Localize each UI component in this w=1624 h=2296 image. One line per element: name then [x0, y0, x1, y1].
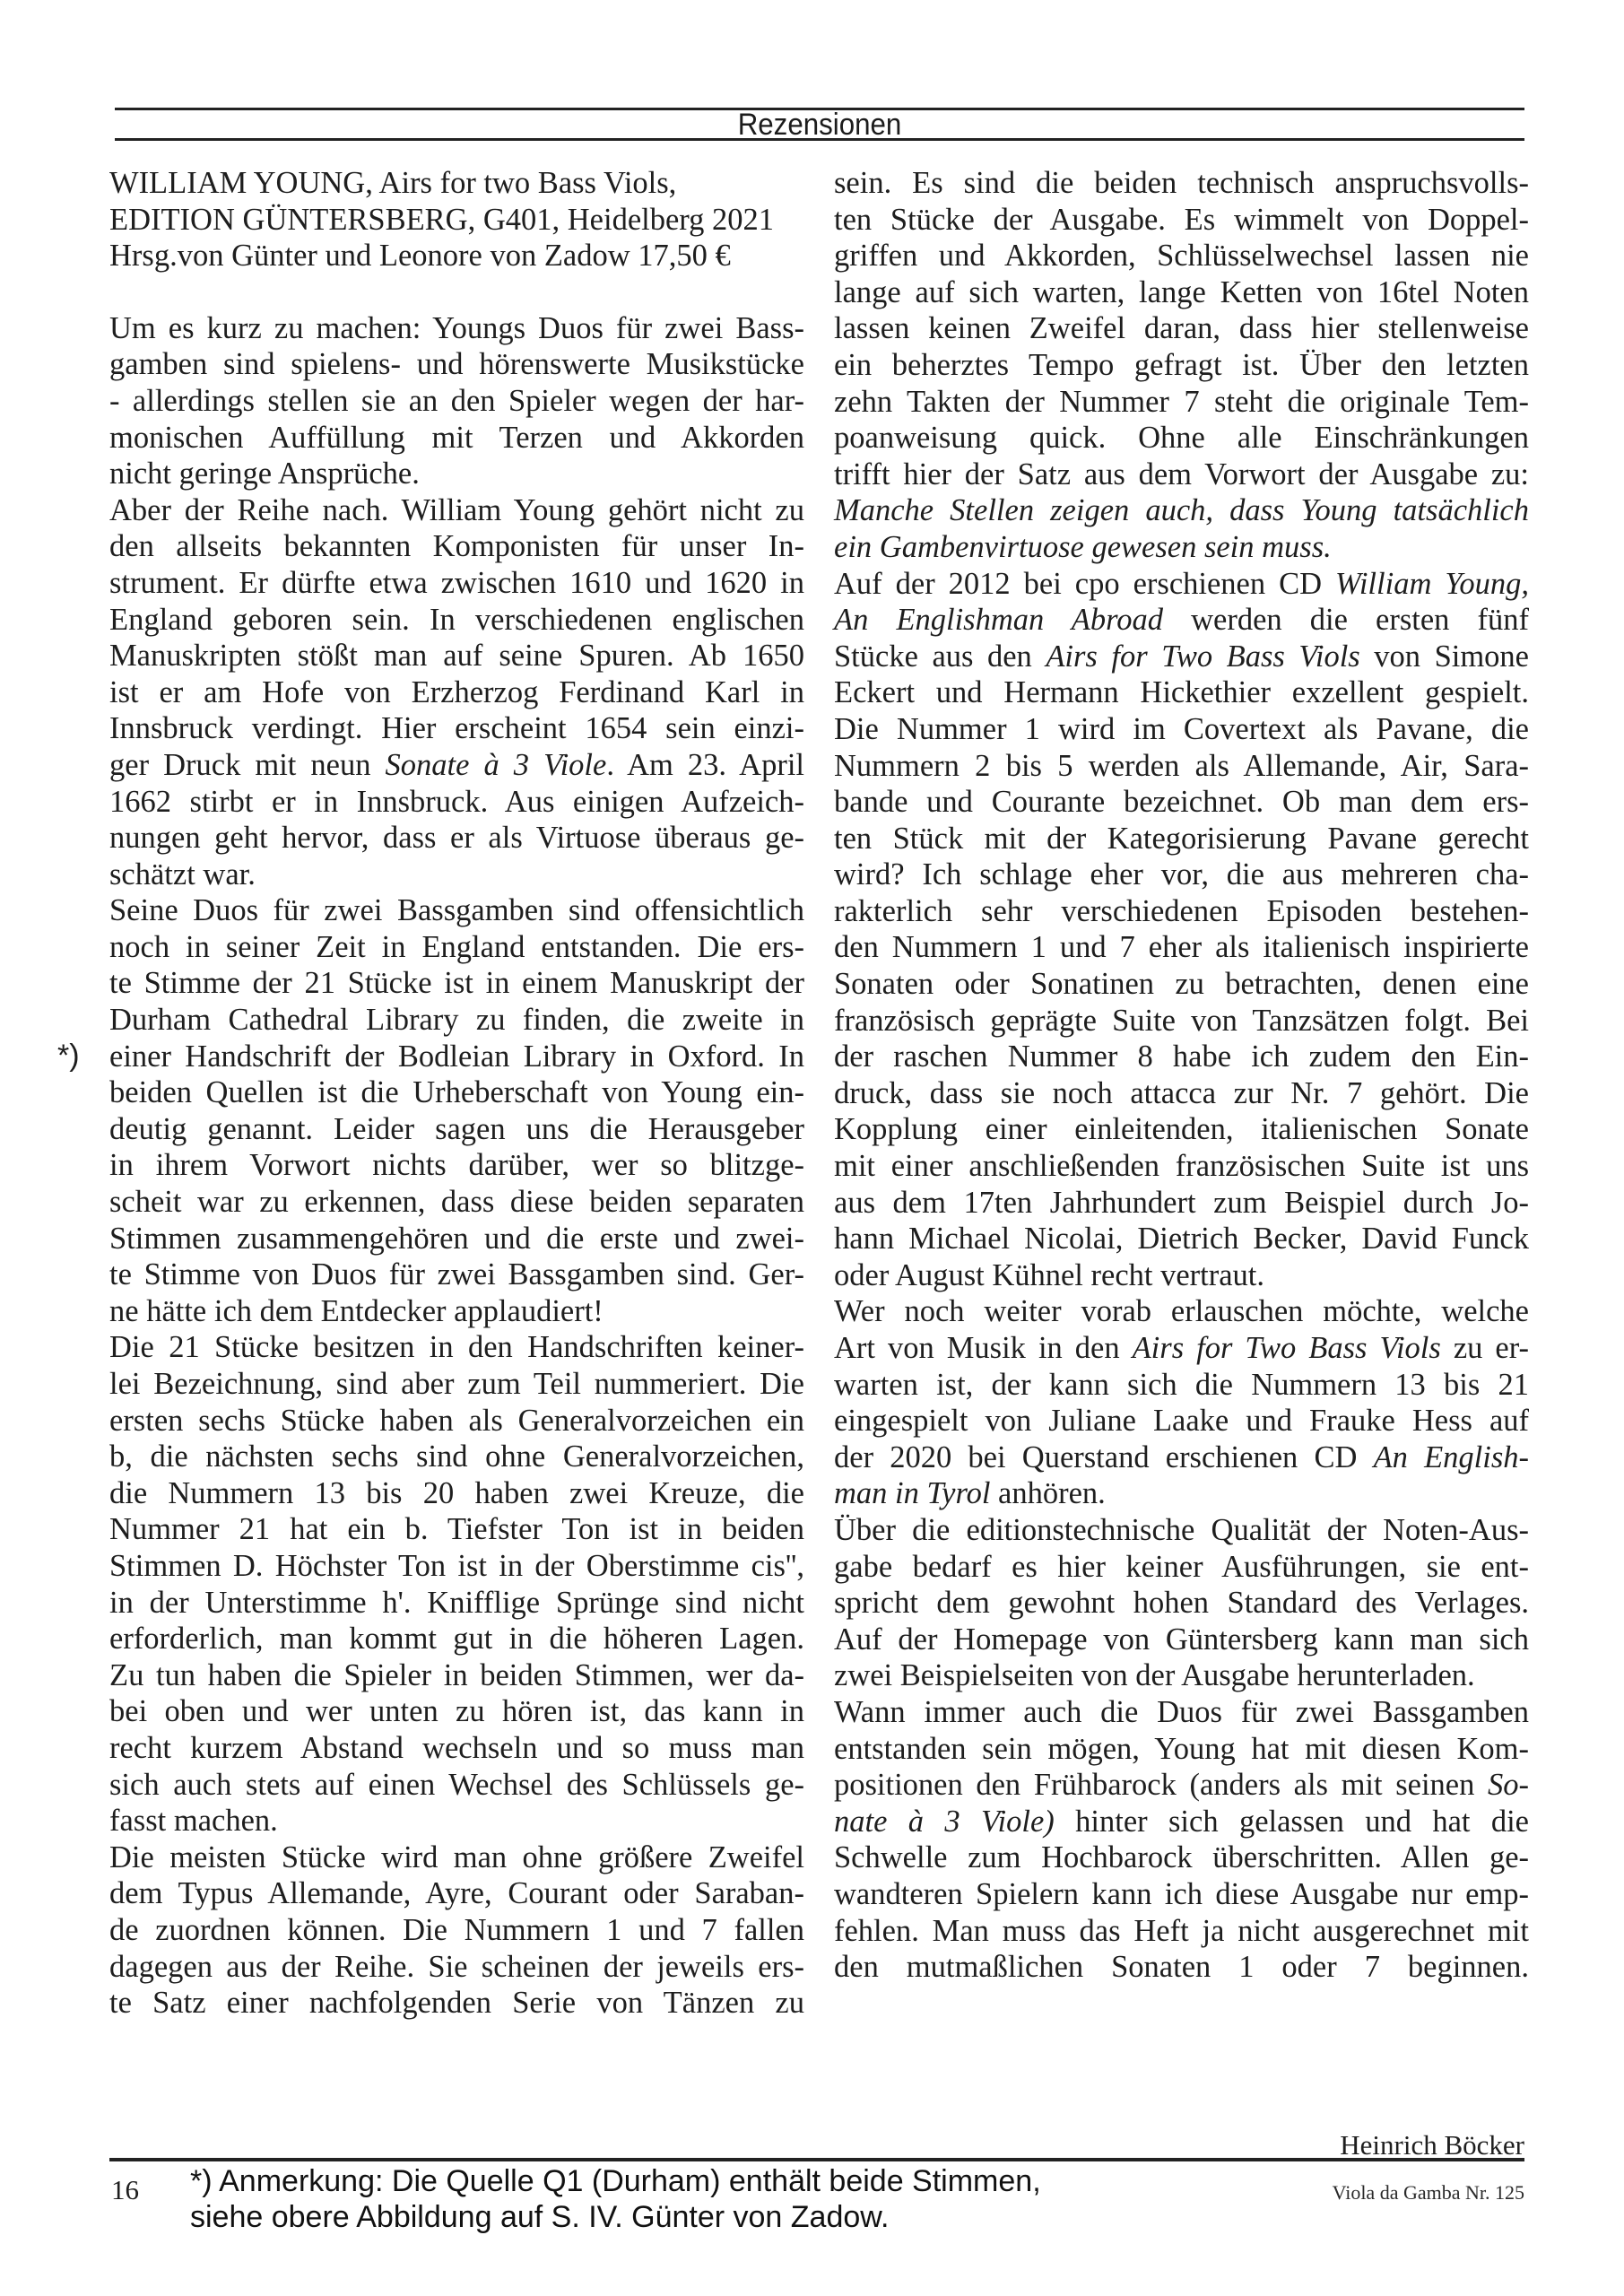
footnote-line: siehe obere Abbildung auf S. IV. Günter … [190, 2199, 1041, 2235]
text-line: den mutmaßlichen Sonaten 1 oder 7 beginn… [834, 1949, 1529, 1986]
text-line: nate à 3 Viole) hinter sich gelassen und… [834, 1804, 1529, 1840]
text-line: aus dem 17ten Jahrhundert zum Beispiel d… [834, 1185, 1529, 1222]
text-line: man in Tyrol anhören. [834, 1475, 1529, 1512]
text-line: wandteren Spielern kann ich diese Ausgab… [834, 1876, 1529, 1913]
text-line: Seine Duos für zwei Bassgamben sind offe… [109, 892, 804, 929]
citation-line: EDITION GÜNTERSBERG, G401, Heidelberg 20… [109, 202, 804, 239]
text-line: bande und Courante bezeichnet. Ob man de… [834, 784, 1529, 821]
text-line: Die meisten Stücke wird man ohne größere… [109, 1839, 804, 1876]
left-column: WILLIAM YOUNG, Airs for two Bass Viols, … [109, 165, 804, 2022]
text-line: 1662 stirbt er in Innsbruck. Aus einigen… [109, 784, 804, 821]
text-line: nungen geht hervor, dass er als Virtuose… [109, 820, 804, 857]
text-line: te Stimme der 21 Stücke ist in einem Man… [109, 965, 804, 1002]
text-line: lassen keinen Zweifel daran, dass hier s… [834, 310, 1529, 347]
text-line: Nummern 2 bis 5 werden als Allemande, Ai… [834, 748, 1529, 785]
footnote-line: *) Anmerkung: Die Quelle Q1 (Durham) ent… [190, 2163, 1041, 2199]
text-line: Zu tun haben die Spieler in beiden Stimm… [109, 1657, 804, 1694]
text-line: Schwelle zum Hochbarock überschritten. A… [834, 1839, 1529, 1876]
text-line: ne hätte ich dem Entdecker applaudiert! [109, 1293, 804, 1330]
text-line: druck, dass sie noch attacca zur Nr. 7 g… [834, 1075, 1529, 1112]
text-line: strument. Er dürfte etwa zwischen 1610 u… [109, 565, 804, 602]
text-line: bei oben und wer unten zu hören ist, das… [109, 1693, 804, 1730]
text-line: rakterlich sehr verschiedenen Episoden b… [834, 893, 1529, 930]
text-line: An Englishman Abroad werden die ersten f… [834, 602, 1529, 639]
text-line: Kopplung einer einleitenden, italienisch… [834, 1111, 1529, 1148]
text-line: Wann immer auch die Duos für zwei Bassga… [834, 1694, 1529, 1731]
text-line: trifft hier der Satz aus dem Vorwort der… [834, 457, 1529, 493]
text-line: ein beherztes Tempo gefragt ist. Über de… [834, 347, 1529, 384]
text-line: entstanden sein mögen, Young hat mit die… [834, 1731, 1529, 1768]
text-line: ersten sechs Stücke haben als Generalvor… [109, 1403, 804, 1439]
text-line: gamben sind spielens- und hörenswerte Mu… [109, 346, 804, 383]
magazine-page: Rezensionen WILLIAM YOUNG, Airs for two … [0, 0, 1624, 2296]
text-line: England geboren sein. In verschiedenen e… [109, 602, 804, 639]
right-column: sein. Es sind die beiden technisch anspr… [834, 165, 1529, 1986]
text-line: te Satz einer nachfolgenden Serie von Tä… [109, 1985, 804, 2022]
text-line: beiden Quellen ist die Urheberschaft von… [109, 1074, 804, 1111]
footnote: *) Anmerkung: Die Quelle Q1 (Durham) ent… [190, 2163, 1041, 2235]
text-line: Stimmen zusammengehören und die erste un… [109, 1221, 804, 1257]
text-line: Die 21 Stücke besitzen in den Handschrif… [109, 1329, 804, 1366]
text-line: mit einer anschließenden französischen S… [834, 1148, 1529, 1185]
text-line: Manuskripten stößt man auf seine Spuren.… [109, 638, 804, 674]
text-line: Art von Musik in den Airs for Two Bass V… [834, 1330, 1529, 1367]
text-line: in der Unterstimme h'. Knifflige Sprünge… [109, 1585, 804, 1622]
text-line: gabe bedarf es hier keiner Ausführungen,… [834, 1549, 1529, 1586]
footnote-marker: *) [57, 1039, 80, 1074]
text-line: spricht dem gewohnt hohen Standard des V… [834, 1585, 1529, 1622]
text-line: sein. Es sind die beiden technisch anspr… [834, 165, 1529, 202]
text-line: ten Stücke der Ausgabe. Es wimmelt von D… [834, 202, 1529, 239]
text-line: den Nummern 1 und 7 eher als italienisch… [834, 929, 1529, 966]
citation-line: Hrsg.von Günter und Leonore von Zadow 17… [109, 238, 804, 274]
header-rule-bottom [115, 138, 1524, 141]
text-line: Durham Cathedral Library zu finden, die … [109, 1002, 804, 1039]
text-line: ger Druck mit neun Sonate à 3 Viole. Am … [109, 747, 804, 784]
text-line: dem Typus Allemande, Ayre, Courant oder … [109, 1875, 804, 1912]
text-line: te Stimme von Duos für zwei Bassgamben s… [109, 1257, 804, 1293]
text-line: poanweisung quick. Ohne alle Einschränku… [834, 420, 1529, 457]
text-line: Auf der 2012 bei cpo erschienen CD Willi… [834, 566, 1529, 603]
text-line: eingespielt von Juliane Laake und Frauke… [834, 1403, 1529, 1439]
text-line: ein Gambenvirtuose gewesen sein muss. [834, 529, 1529, 566]
footer-rule [109, 2158, 1524, 2161]
text-line: dagegen aus der Reihe. Sie scheinen der … [109, 1949, 804, 1986]
text-line: Wer noch weiter vorab erlauschen möchte,… [834, 1293, 1529, 1330]
author-signature: Heinrich Böcker [1340, 2129, 1524, 2161]
text-line: schätzt war. [109, 857, 804, 893]
text-line: - allerdings stellen sie an den Spieler … [109, 383, 804, 420]
text-line: ten Stück mit der Kategorisierung Pavane… [834, 821, 1529, 857]
text-line: Um es kurz zu machen: Youngs Duos für zw… [109, 310, 804, 347]
text-line: Die Nummer 1 wird im Covertext als Pavan… [834, 711, 1529, 748]
text-line: monischen Auffüllung mit Terzen und Akko… [109, 420, 804, 457]
text-line: recht kurzem Abstand wechseln und so mus… [109, 1730, 804, 1767]
citation-line: WILLIAM YOUNG, Airs for two Bass Viols, [109, 165, 804, 202]
text-line: Innsbruck verdingt. Hier erscheint 1654 … [109, 710, 804, 747]
page-number: 16 [111, 2174, 139, 2206]
text-line: Nummer 21 hat ein b. Tiefster Ton ist in… [109, 1511, 804, 1548]
text-line: die Nummern 13 bis 20 haben zwei Kreuze,… [109, 1475, 804, 1512]
review-citation: WILLIAM YOUNG, Airs for two Bass Viols, … [109, 165, 804, 274]
text-line: Eckert und Hermann Hickethier exzellent … [834, 674, 1529, 711]
text-line: einer Handschrift der Bodleian Library i… [109, 1039, 804, 1075]
text-line: warten ist, der kann sich die Nummern 13… [834, 1367, 1529, 1404]
text-line: griffen und Akkorden, Schlüsselwechsel l… [834, 238, 1529, 274]
left-column-body: Um es kurz zu machen: Youngs Duos für zw… [109, 310, 804, 2022]
text-line: oder August Kühnel recht vertraut. [834, 1257, 1529, 1294]
text-line: de zuordnen können. Die Nummern 1 und 7 … [109, 1912, 804, 1949]
text-line: lei Bezeichnung, sind aber zum Teil numm… [109, 1366, 804, 1403]
text-line: zwei Beispielseiten von der Ausgabe heru… [834, 1657, 1529, 1694]
text-line: erforderlich, man kommt gut in die höher… [109, 1621, 804, 1657]
journal-issue: Viola da Gamba Nr. 125 [1333, 2181, 1524, 2205]
text-line: der 2020 bei Querstand erschienen CD An … [834, 1439, 1529, 1476]
text-line: den allseits bekannten Komponisten für u… [109, 528, 804, 565]
text-line: positionen den Frühbarock (anders als mi… [834, 1767, 1529, 1804]
spacer [109, 274, 804, 310]
text-line: lange auf sich warten, lange Ketten von … [834, 274, 1529, 311]
text-line: hann Michael Nicolai, Dietrich Becker, D… [834, 1221, 1529, 1257]
text-line: fehlen. Man muss das Heft ja nicht ausge… [834, 1913, 1529, 1950]
text-line: Stücke aus den Airs for Two Bass Viols v… [834, 639, 1529, 675]
text-line: fasst machen. [109, 1803, 804, 1839]
text-line: in ihrem Vorwort nichts darüber, wer so … [109, 1147, 804, 1184]
right-column-body: sein. Es sind die beiden technisch anspr… [834, 165, 1529, 1986]
text-line: Manche Stellen zeigen auch, dass Young t… [834, 492, 1529, 529]
text-line: nicht geringe Ansprüche. [109, 456, 804, 492]
text-line: scheit war zu erkennen, dass diese beide… [109, 1184, 804, 1221]
text-line: Über die editionstechnische Qualität der… [834, 1512, 1529, 1549]
text-line: der raschen Nummer 8 habe ich zudem den … [834, 1039, 1529, 1075]
text-line: französisch geprägte Suite von Tanzsätze… [834, 1003, 1529, 1039]
text-line: deutig genannt. Leider sagen uns die Her… [109, 1111, 804, 1148]
text-line: Auf der Homepage von Güntersberg kann ma… [834, 1622, 1529, 1658]
text-line: Aber der Reihe nach. William Young gehör… [109, 492, 804, 529]
text-line: Sonaten oder Sonatinen zu betrachten, de… [834, 966, 1529, 1003]
text-line: zehn Takten der Nummer 7 steht die origi… [834, 384, 1529, 421]
text-line: ist er am Hofe von Erzherzog Ferdinand K… [109, 674, 804, 711]
section-title: Rezensionen [171, 109, 1468, 141]
text-line: wird? Ich schlage eher vor, die aus mehr… [834, 857, 1529, 893]
text-line: sich auch stets auf einen Wechsel des Sc… [109, 1767, 804, 1804]
text-line: Stimmen D. Höchster Ton ist in der Obers… [109, 1548, 804, 1585]
text-line: b, die nächsten sechs sind ohne Generalv… [109, 1439, 804, 1475]
text-line: noch in seiner Zeit in England entstande… [109, 929, 804, 966]
